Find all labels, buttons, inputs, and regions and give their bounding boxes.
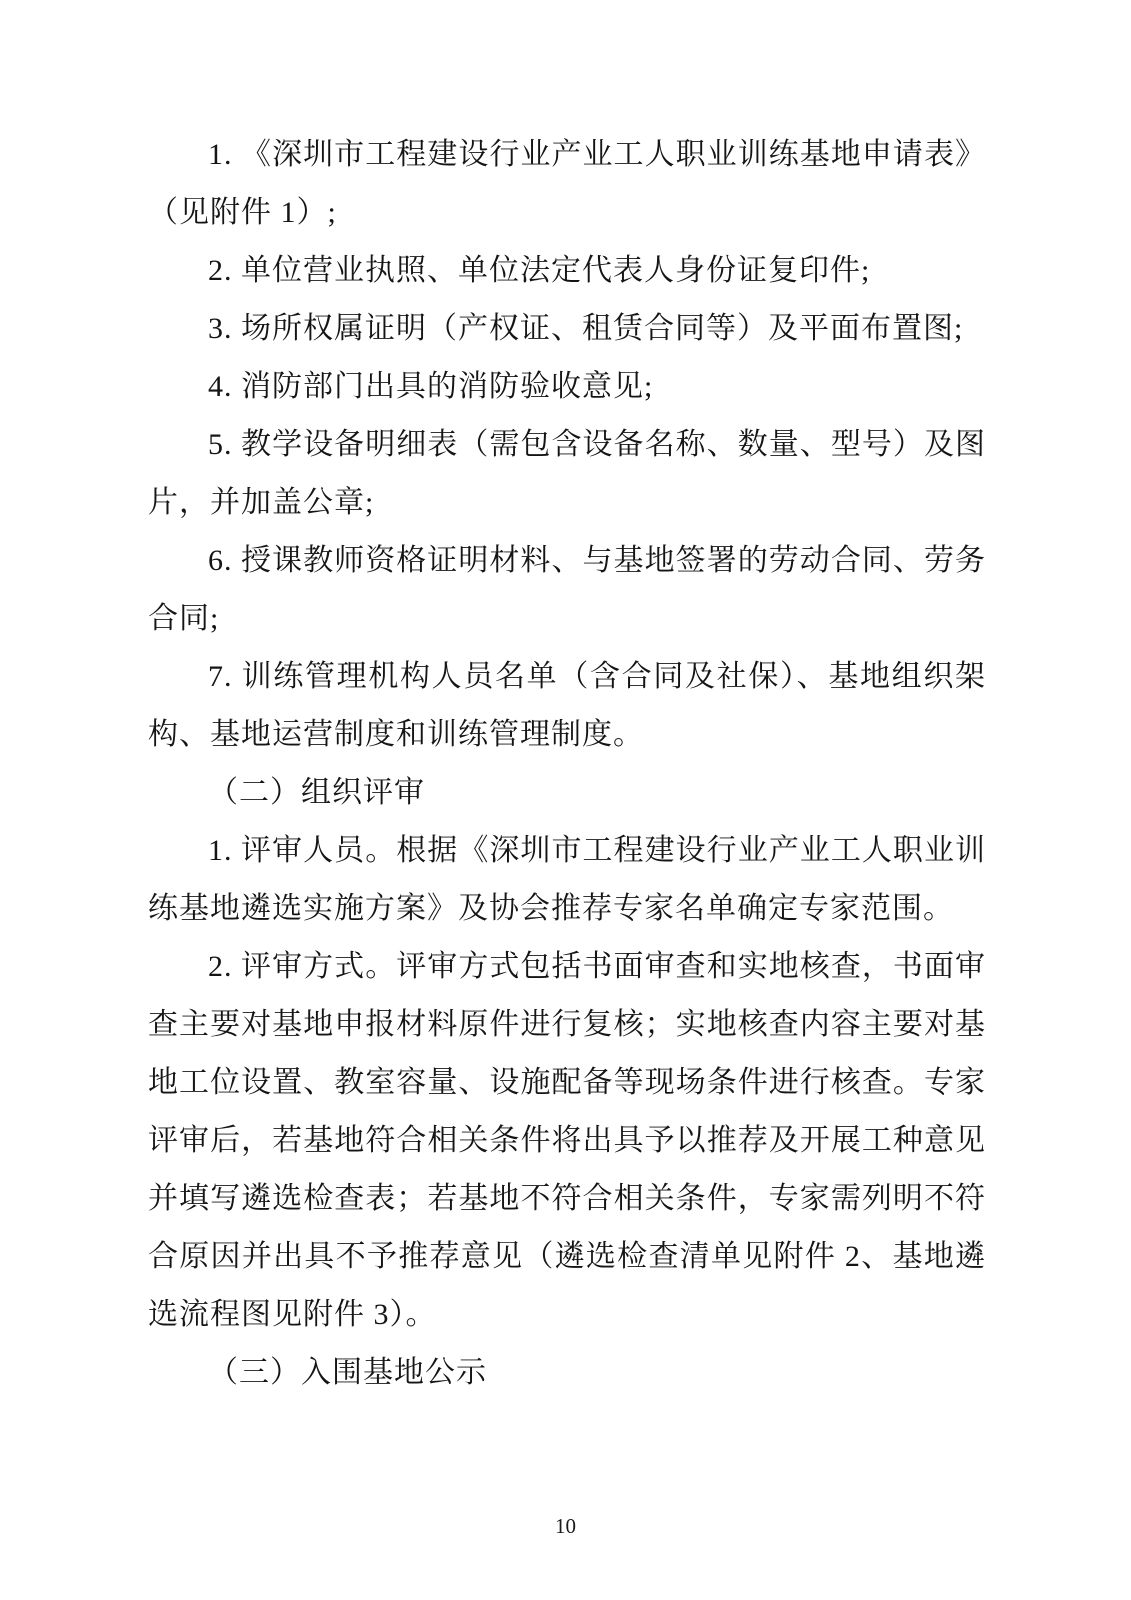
section-heading-2-organize-review: （二）组织评审 [148,764,986,822]
document-page: 1. 《深圳市工程建设行业产业工人职业训练基地申请表》（见附件 1）; 2. 单… [0,0,1131,1600]
section-heading-3-shortlist-publicity: （三）入围基地公示 [148,1344,986,1402]
list-item-1-application-form: 1. 《深圳市工程建设行业产业工人职业训练基地申请表》（见附件 1）; [148,126,986,242]
review-method-paragraph: 2. 评审方式。评审方式包括书面审查和实地核查，书面审查主要对基地申报材料原件进… [148,938,986,1344]
page-number: 10 [0,1512,1131,1540]
list-item-5-equipment-list: 5. 教学设备明细表（需包含设备名称、数量、型号）及图片，并加盖公章; [148,416,986,532]
list-item-6-teacher-qualifications: 6. 授课教师资格证明材料、与基地签署的劳动合同、劳务合同; [148,532,986,648]
review-personnel-paragraph: 1. 评审人员。根据《深圳市工程建设行业产业工人职业训练基地遴选实施方案》及协会… [148,822,986,938]
list-item-3-property-certificate: 3. 场所权属证明（产权证、租赁合同等）及平面布置图; [148,300,986,358]
list-item-2-business-license: 2. 单位营业执照、单位法定代表人身份证复印件; [148,242,986,300]
document-body: 1. 《深圳市工程建设行业产业工人职业训练基地申请表》（见附件 1）; 2. 单… [148,126,986,1402]
list-item-4-fire-inspection: 4. 消防部门出具的消防验收意见; [148,358,986,416]
list-item-7-management-roster: 7. 训练管理机构人员名单（含合同及社保）、基地组织架构、基地运营制度和训练管理… [148,648,986,764]
